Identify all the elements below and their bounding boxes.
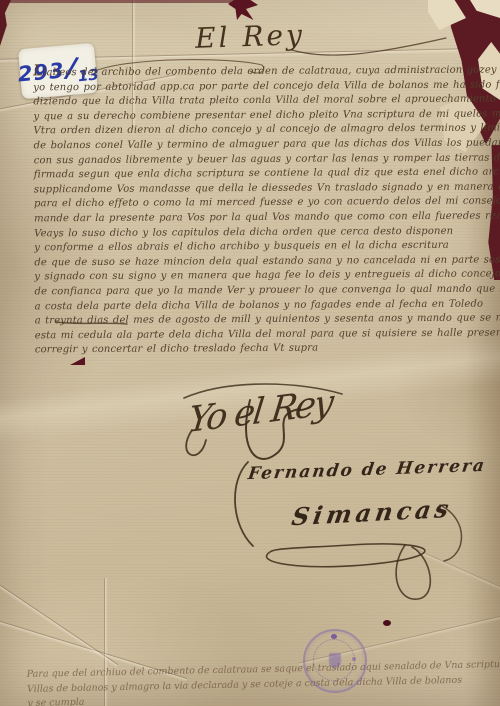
- manuscript-scan: 293 / 13 El Rey Llabeos del archibo del …: [0, 0, 500, 706]
- body-text: Llabeos del archibo del combento dela or…: [33, 61, 475, 359]
- manuscript-line: corregir y concertar el dicho treslado f…: [35, 341, 475, 358]
- manuscript-line: Llabeos del archibo del combento dela or…: [33, 61, 473, 81]
- manuscript-line: esta mi cedula ala parte dela dicha Vill…: [35, 326, 475, 343]
